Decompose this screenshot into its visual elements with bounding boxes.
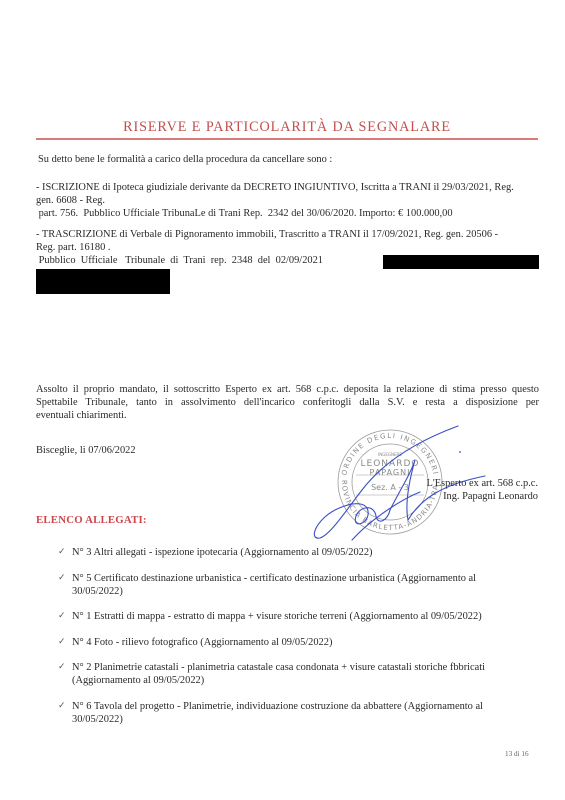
attachment-text: N° 1 Estratti di mappa - estratto di map… <box>72 610 548 623</box>
closing-line: Spettabile Tribunale, tanto in assolvime… <box>36 396 539 409</box>
check-icon: ✓ <box>58 546 66 559</box>
attachment-text: (Aggiornamento al 09/05/2022) <box>72 674 548 687</box>
formality-line: part. 756. Pubblico Ufficiale TribunaLe … <box>36 207 539 220</box>
section-heading: RISERVE E PARTICOLARITÀ DA SEGNALARE <box>36 118 538 136</box>
check-icon: ✓ <box>58 572 66 585</box>
check-icon: ✓ <box>58 700 66 713</box>
attachment-item: ✓ N° 1 Estratti di mappa - estratto di m… <box>58 610 548 623</box>
signer-name: Ing. Papagni Leonardo <box>410 490 538 503</box>
check-icon: ✓ <box>58 661 66 674</box>
redaction-bar <box>36 269 170 294</box>
formality-line: - ISCRIZIONE di Ipoteca giudiziale deriv… <box>36 181 539 194</box>
signature-block: L'Esperto ex art. 568 c.p.c. Ing. Papagn… <box>410 477 538 503</box>
attachment-item: ✓ N° 4 Foto - rilievo fotografico (Aggio… <box>58 636 548 649</box>
formality-iscrizione: - ISCRIZIONE di Ipoteca giudiziale deriv… <box>36 181 539 220</box>
attachment-text: N° 5 Certificato destinazione urbanistic… <box>72 572 548 585</box>
place-date: Bisceglie, li 07/06/2022 <box>36 444 136 457</box>
attachments-list: ✓ N° 3 Altri allegati - ispezione ipotec… <box>58 546 548 738</box>
heading-rule <box>36 138 538 140</box>
attachment-item: ✓ N° 2 Planimetrie catastali - planimetr… <box>58 661 548 687</box>
closing-paragraph: Assolto il proprio mandato, il sottoscri… <box>36 383 539 422</box>
formality-line: gen. 6608 - Reg. <box>36 194 539 207</box>
svg-text:PAPAGNI: PAPAGNI <box>370 468 411 477</box>
attachment-text: N° 6 Tavola del progetto - Planimetrie, … <box>72 700 548 713</box>
attachment-item: ✓ N° 5 Certificato destinazione urbanist… <box>58 572 548 598</box>
formality-line: Reg. part. 16180 . <box>36 241 539 254</box>
attachment-text: 30/05/2022) <box>72 713 548 726</box>
intro-text: Su detto bene le formalità a carico dell… <box>38 153 538 166</box>
redaction-bar <box>383 255 539 269</box>
attachment-item: ✓ N° 6 Tavola del progetto - Planimetrie… <box>58 700 548 726</box>
attachment-text: N° 3 Altri allegati - ispezione ipotecar… <box>72 546 548 559</box>
signer-role: L'Esperto ex art. 568 c.p.c. <box>410 477 538 490</box>
formality-line: - TRASCRIZIONE di Verbale di Pignorament… <box>36 228 539 241</box>
check-icon: ✓ <box>58 610 66 623</box>
check-icon: ✓ <box>58 636 66 649</box>
attachment-item: ✓ N° 3 Altri allegati - ispezione ipotec… <box>58 546 548 559</box>
attachment-text: N° 4 Foto - rilievo fotografico (Aggiorn… <box>72 636 548 649</box>
attachments-title: ELENCO ALLEGATI: <box>36 514 147 527</box>
closing-line: Assolto il proprio mandato, il sottoscri… <box>36 383 539 396</box>
attachment-text: N° 2 Planimetrie catastali - planimetria… <box>72 661 548 674</box>
page-number: 13 di 16 <box>505 748 529 761</box>
attachment-text: 30/05/2022) <box>72 585 548 598</box>
